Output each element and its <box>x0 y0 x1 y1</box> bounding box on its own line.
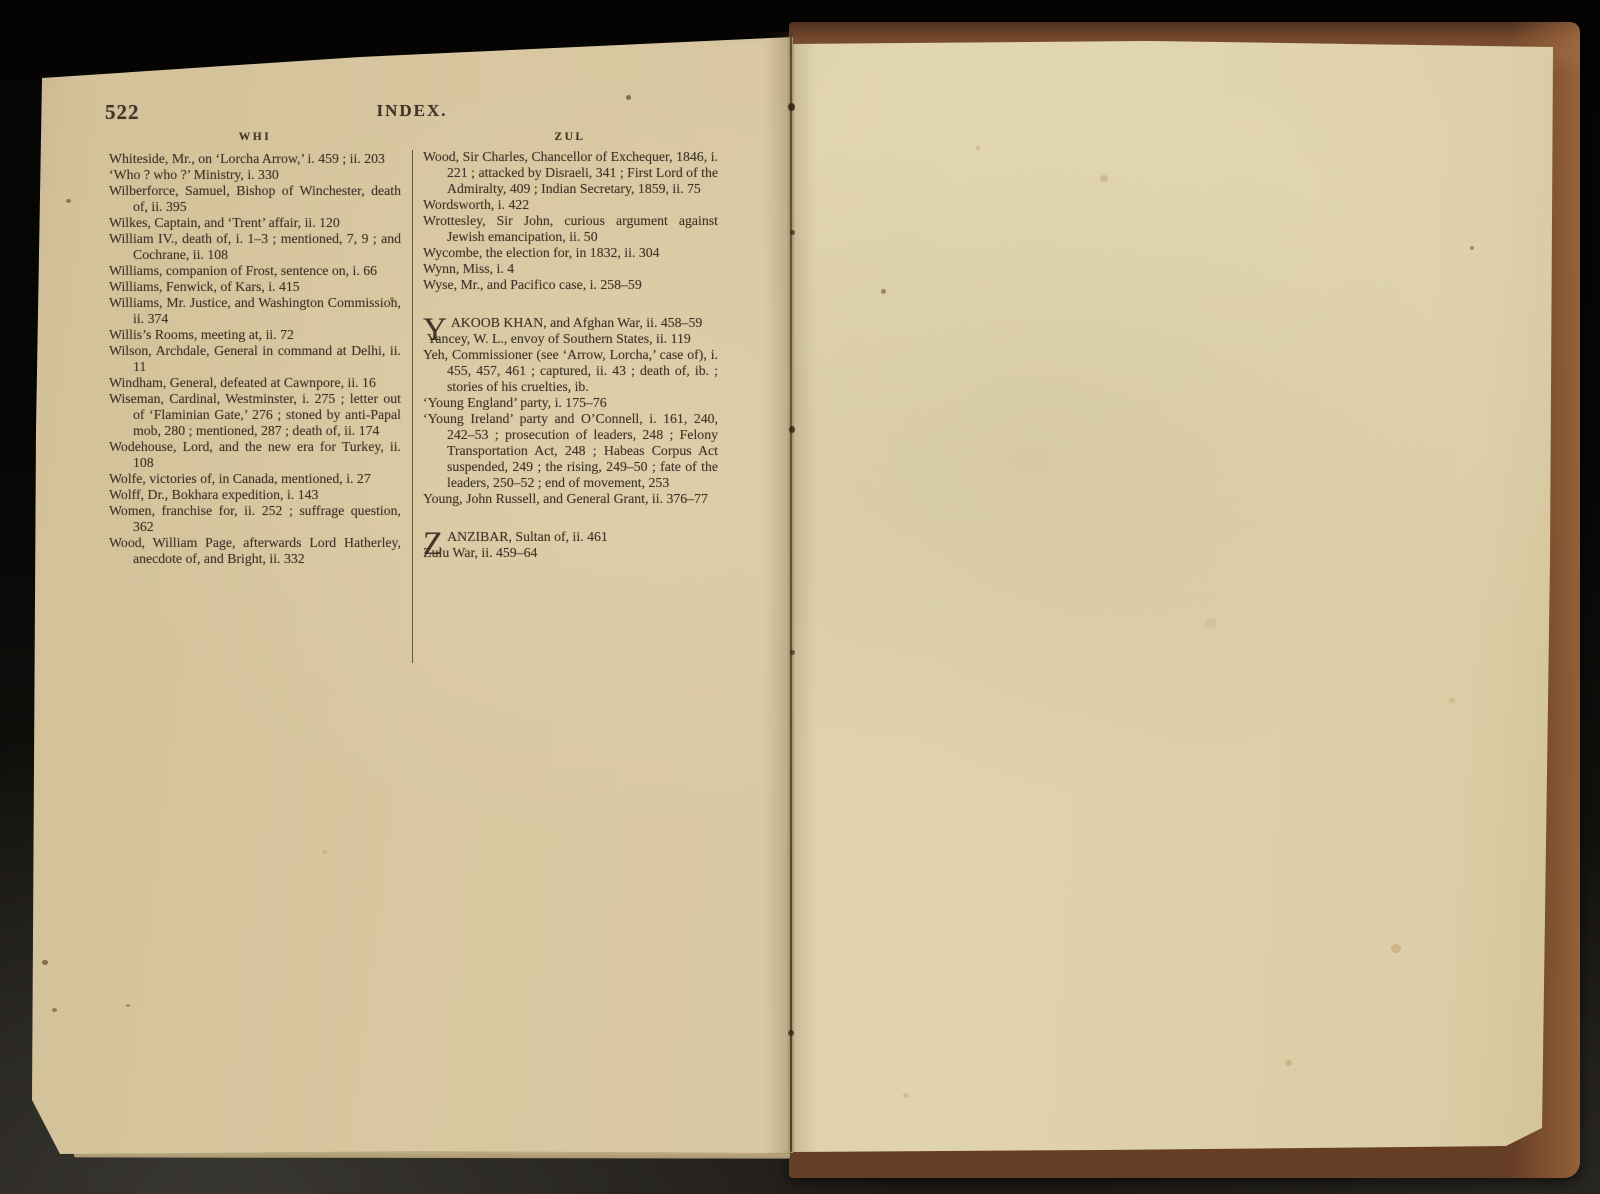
index-entry: Willis’s Rooms, meeting at, ii. 72 <box>109 327 401 343</box>
index-entry: Wilson, Archdale, General in command at … <box>109 343 401 375</box>
gutter-speck <box>788 1030 794 1036</box>
index-entry: Williams, Fenwick, of Kars, i. 415 <box>109 279 401 295</box>
index-entry: Yancey, W. L., envoy of Southern States,… <box>423 331 718 347</box>
index-entry: Wordsworth, i. 422 <box>423 197 718 213</box>
index-group: Whiteside, Mr., on ‘Lorcha Arrow,’ i. 45… <box>109 151 401 567</box>
gutter-speck <box>789 426 795 433</box>
index-entry: ‘Young England’ party, i. 175–76 <box>423 395 718 411</box>
index-entry: Wrottesley, Sir John, curious argument a… <box>423 213 718 245</box>
index-entry: William IV., death of, i. 1–3 ; mentione… <box>109 231 401 263</box>
foxing-spot <box>881 289 886 294</box>
index-group: YAKOOB KHAN, and Afghan War, ii. 458–59Y… <box>423 315 718 507</box>
book-photo: { "book_page": { "page_number": "522", "… <box>0 0 1600 1194</box>
index-entry: Wycombe, the election for, in 1832, ii. … <box>423 245 718 261</box>
gutter-speck <box>790 650 795 655</box>
index-entry: Windham, General, defeated at Cawnpore, … <box>109 375 401 391</box>
index-entry: Yeh, Commissioner (see ‘Arrow, Lorcha,’ … <box>423 347 718 395</box>
foxing-spot <box>976 146 980 150</box>
index-entry: Williams, Mr. Justice, and Washington Co… <box>109 295 401 327</box>
foxing-spot <box>66 199 71 203</box>
index-entry: ‘Young Ireland’ party and O’Connell, i. … <box>423 411 718 491</box>
foxing-spot <box>42 960 48 965</box>
index-entry-lead: YAKOOB KHAN, and Afghan War, ii. 458–59 <box>423 315 718 331</box>
index-entry: ‘Who ? who ?’ Ministry, i. 330 <box>109 167 401 183</box>
index-entry: Wyse, Mr., and Pacifico case, i. 258–59 <box>423 277 718 293</box>
index-entry: Young, John Russell, and General Grant, … <box>423 491 718 507</box>
entry-text: , and Afghan War, ii. 458–59 <box>543 315 702 330</box>
foxing-spot <box>1449 698 1455 703</box>
foxing-spot <box>1205 618 1217 628</box>
foxing-spot <box>322 850 327 854</box>
foxing-spot <box>52 1008 57 1012</box>
running-title: INDEX. <box>312 101 512 121</box>
entry-headword: ANZIBAR <box>447 529 508 544</box>
index-entry: Wiseman, Cardinal, Westminster, i. 275 ;… <box>109 391 401 439</box>
gutter-crease <box>790 34 792 1152</box>
index-entry: Whiteside, Mr., on ‘Lorcha Arrow,’ i. 45… <box>109 151 401 167</box>
gutter-speck <box>790 230 795 235</box>
entry-text: , Sultan of, ii. 461 <box>509 529 608 544</box>
index-entry: Zulu War, ii. 459–64 <box>423 545 718 561</box>
index-entry: Wolff, Dr., Bokhara expedition, i. 143 <box>109 487 401 503</box>
index-entry: Wynn, Miss, i. 4 <box>423 261 718 277</box>
index-entry: Wood, William Page, afterwards Lord Hath… <box>109 535 401 567</box>
foxing-spot <box>1470 246 1474 250</box>
foxing-spot <box>126 1004 130 1007</box>
column-divider-rule <box>412 150 413 663</box>
foxing-spot <box>626 95 631 100</box>
index-entry: Wilberforce, Samuel, Bishop of Wincheste… <box>109 183 401 215</box>
foxing-spot <box>1391 944 1401 953</box>
column-header-left: WHI <box>109 131 401 143</box>
index-entry: Wilkes, Captain, and ‘Trent’ affair, ii.… <box>109 215 401 231</box>
entry-headword: AKOOB KHAN <box>451 315 543 330</box>
index-entry-lead: ZANZIBAR, Sultan of, ii. 461 <box>423 529 718 545</box>
index-column-right: Wood, Sir Charles, Chancellor of Exchequ… <box>423 149 718 561</box>
page-number: 522 <box>105 100 140 125</box>
index-group: ZANZIBAR, Sultan of, ii. 461Zulu War, ii… <box>423 529 718 561</box>
index-entry: Women, franchise for, ii. 252 ; suffrage… <box>109 503 401 535</box>
index-entry: Wolfe, victories of, in Canada, mentione… <box>109 471 401 487</box>
index-entry: Williams, companion of Frost, sentence o… <box>109 263 401 279</box>
index-group: Wood, Sir Charles, Chancellor of Exchequ… <box>423 149 718 293</box>
index-column-left: Whiteside, Mr., on ‘Lorcha Arrow,’ i. 45… <box>109 151 401 567</box>
foxing-spot <box>1100 175 1108 182</box>
foxing-spot <box>390 297 394 301</box>
gutter-speck <box>788 103 795 111</box>
foxing-spot <box>903 1093 909 1098</box>
index-entry: Wood, Sir Charles, Chancellor of Exchequ… <box>423 149 718 197</box>
column-header-right: ZUL <box>423 131 717 143</box>
foxing-spot <box>1285 1060 1292 1066</box>
index-entry: Wodehouse, Lord, and the new era for Tur… <box>109 439 401 471</box>
